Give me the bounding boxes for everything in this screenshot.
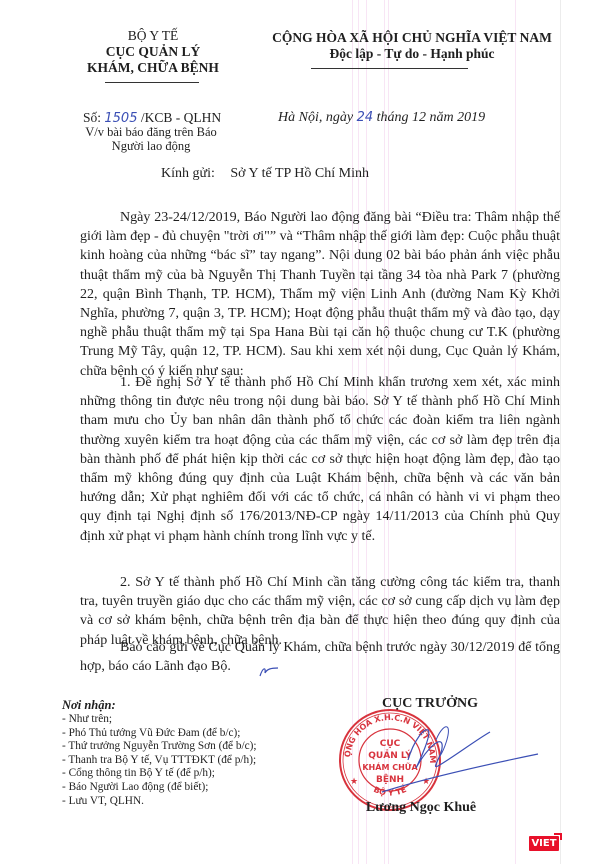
body-paragraph: Ngày 23-24/12/2019, Báo Người lao động đ…	[80, 208, 560, 381]
document-number-handwritten: 1505	[104, 111, 137, 126]
recipient-item: - Như trên;	[62, 713, 257, 727]
date-prefix: Hà Nội, ngày	[278, 110, 353, 125]
header-left-underline	[105, 82, 199, 83]
body-paragraph: 1. Đề nghị Sở Y tế thành phố Hồ Chí Minh…	[80, 373, 560, 546]
header-right-underline	[311, 68, 468, 69]
document-number: Số: 1505 /KCB - QLHN	[83, 110, 221, 126]
viet-logo-badge: VIET	[529, 836, 559, 851]
signer-name: Lương Ngọc Khuê	[356, 800, 486, 816]
department-name-line2: KHÁM, CHỮA BỆNH	[58, 60, 248, 76]
addressee-recipient: Sở Y tế TP Hồ Chí Minh	[230, 166, 369, 181]
subject-line: V/v bài báo đăng trên Báo	[82, 125, 220, 139]
national-title: CỘNG HÒA XÃ HỘI CHỦ NGHĨA VIỆT NAM	[262, 30, 562, 46]
place-date: Hà Nội, ngày 24 tháng 12 năm 2019	[278, 110, 485, 126]
recipient-item: - Thanh tra Bộ Y tế, Vụ TTTĐKT (để p/h);	[62, 754, 257, 768]
recipient-item: - Báo Người Lao động (để biết);	[62, 781, 257, 795]
initials-mark-icon	[257, 663, 281, 679]
document-subject: V/v bài báo đăng trên Báo Người lao động	[82, 125, 220, 153]
document-number-prefix: Số:	[83, 110, 101, 125]
date-day-handwritten: 24	[357, 110, 374, 125]
scan-artifact	[560, 0, 561, 864]
ministry-name: BỘ Y TẾ	[58, 28, 248, 44]
recipient-item: - Lưu VT, QLHN.	[62, 795, 257, 809]
recipient-item: - Cổng thông tin Bộ Y tế (để p/h);	[62, 767, 257, 781]
issuing-agency-header: BỘ Y TẾ CỤC QUẢN LÝ KHÁM, CHỮA BỆNH	[58, 28, 248, 76]
document-number-suffix: /KCB - QLHN	[141, 110, 221, 125]
handwritten-signature-icon	[380, 710, 540, 800]
national-header: CỘNG HÒA XÃ HỘI CHỦ NGHĨA VIỆT NAM Độc l…	[262, 30, 562, 62]
recipients-title: Nơi nhận:	[62, 698, 116, 713]
recipients-list: - Như trên; - Phó Thủ tướng Vũ Đức Đam (…	[62, 713, 257, 808]
recipient-item: - Phó Thủ tướng Vũ Đức Đam (để b/c);	[62, 727, 257, 741]
department-name-line1: CỤC QUẢN LÝ	[58, 44, 248, 60]
national-motto: Độc lập - Tự do - Hạnh phúc	[262, 46, 562, 62]
recipient-item: - Thứ trưởng Nguyễn Trường Sơn (để b/c);	[62, 740, 257, 754]
date-suffix: tháng 12 năm 2019	[377, 110, 486, 125]
addressee-label: Kính gửi:	[161, 166, 215, 181]
addressee: Kính gửi: Sở Y tế TP Hồ Chí Minh	[161, 166, 369, 182]
subject-line: Người lao động	[82, 139, 220, 153]
body-paragraph: Báo cáo gửi về Cục Quản lý Khám, chữa bệ…	[80, 638, 560, 676]
svg-text:★: ★	[350, 776, 358, 786]
